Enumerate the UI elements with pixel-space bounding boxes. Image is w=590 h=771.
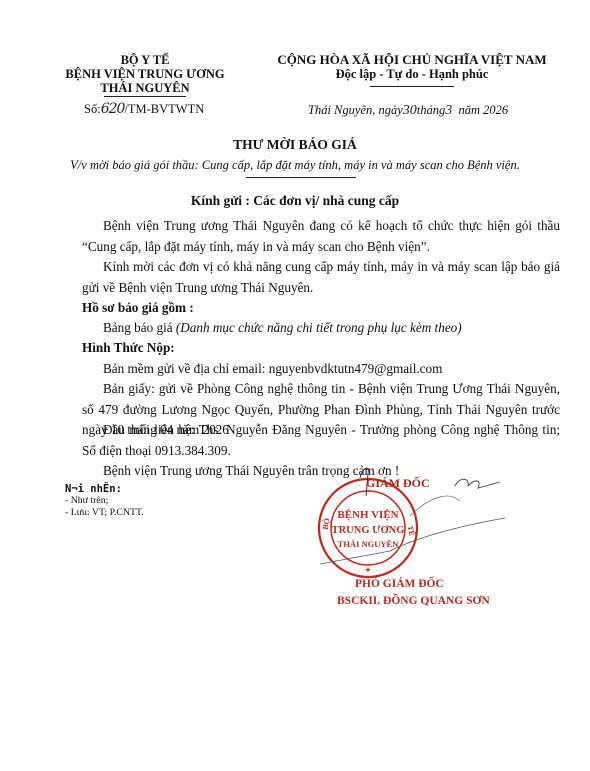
intro-paragraph: Bệnh viện Trung ương Thái Nguyên đang có… <box>82 216 560 257</box>
signer-name: BSCKII. ĐỒNG QUANG SƠN <box>337 595 490 607</box>
subject-underline <box>246 177 356 178</box>
submission-heading: Hình Thức Nộp: <box>82 338 560 359</box>
hospital-name-line2: THÁI NGUYÊN <box>100 81 189 95</box>
signer-title: GIÁM ĐỐC <box>366 476 430 491</box>
soft-copy-line: Bản mềm gửi về địa chỉ email: nguyenbvdk… <box>82 359 560 380</box>
doc-number-suffix: /TM-BVTWTN <box>124 102 204 116</box>
signer-role: PHÓ GIÁM ĐỐC <box>355 578 444 590</box>
document-number: Số:620/TM-BVTWTN <box>84 101 204 117</box>
date-day: 30 <box>403 103 417 118</box>
national-motto: Độc lập - Tự do - Hạnh phúc <box>336 67 489 81</box>
issuing-authority: BỘ Y TẾ BỆNH VIỆN TRUNG ƯƠNG THÁI NGUYÊN <box>60 53 230 95</box>
contact-paragraph: Đầu mối liên hệ: Ths. Nguyễn Đăng Nguyên… <box>82 420 560 461</box>
hospital-name-line1: BỆNH VIỆN TRUNG ƯƠNG <box>60 67 230 81</box>
recipient-item: - Lưu: VT; P.CNTT. <box>65 507 144 519</box>
invitation-paragraph: Kính mời các đơn vị có khả năng cung cấp… <box>82 257 560 298</box>
recipient-item: - Như trên; <box>65 495 144 507</box>
date-year: năm 2026 <box>459 103 509 117</box>
national-header: CỘNG HÒA XÃ HỘI CHỦ NGHĨA VIỆT NAM Độc l… <box>262 53 562 87</box>
dossier-heading: Hồ sơ báo giá gồm : <box>82 298 560 319</box>
doc-number-handwritten: 620 <box>101 101 125 117</box>
handwritten-signature-icon <box>300 456 510 566</box>
dossier-item-note: (Danh mục chức năng chi tiết trong phụ l… <box>176 320 462 335</box>
document-title: THƯ MỜI BÁO GIÁ <box>0 137 590 153</box>
recipient-line: Kính gửi : Các đơn vị/ nhà cung cấp <box>0 193 590 209</box>
dossier-item: Bảng báo giá (Danh mục chức năng chi tiế… <box>82 318 560 339</box>
recipients-heading: N¬i nhËn: <box>65 483 144 495</box>
date-line: Thái Nguyên, ngày30tháng3 năm 2026 <box>308 103 508 119</box>
svg-text:★: ★ <box>365 566 371 574</box>
dossier-item-text: Bảng báo giá <box>103 320 176 335</box>
document-subject: V/v mời báo giá gói thầu: Cung cấp, lắp … <box>0 158 590 173</box>
date-month-label: tháng <box>417 103 445 117</box>
nation-name: CỘNG HÒA XÃ HỘI CHỦ NGHĨA VIỆT NAM <box>262 53 562 67</box>
ministry-name: BỘ Y TẾ <box>60 53 230 67</box>
doc-number-label: Số: <box>84 102 101 116</box>
date-prefix: Thái Nguyên, ngày <box>308 103 403 117</box>
date-month: 3 <box>445 103 452 118</box>
motto-underline <box>370 86 454 87</box>
recipients-block: N¬i nhËn: - Như trên; - Lưu: VT; P.CNTT. <box>65 483 144 519</box>
